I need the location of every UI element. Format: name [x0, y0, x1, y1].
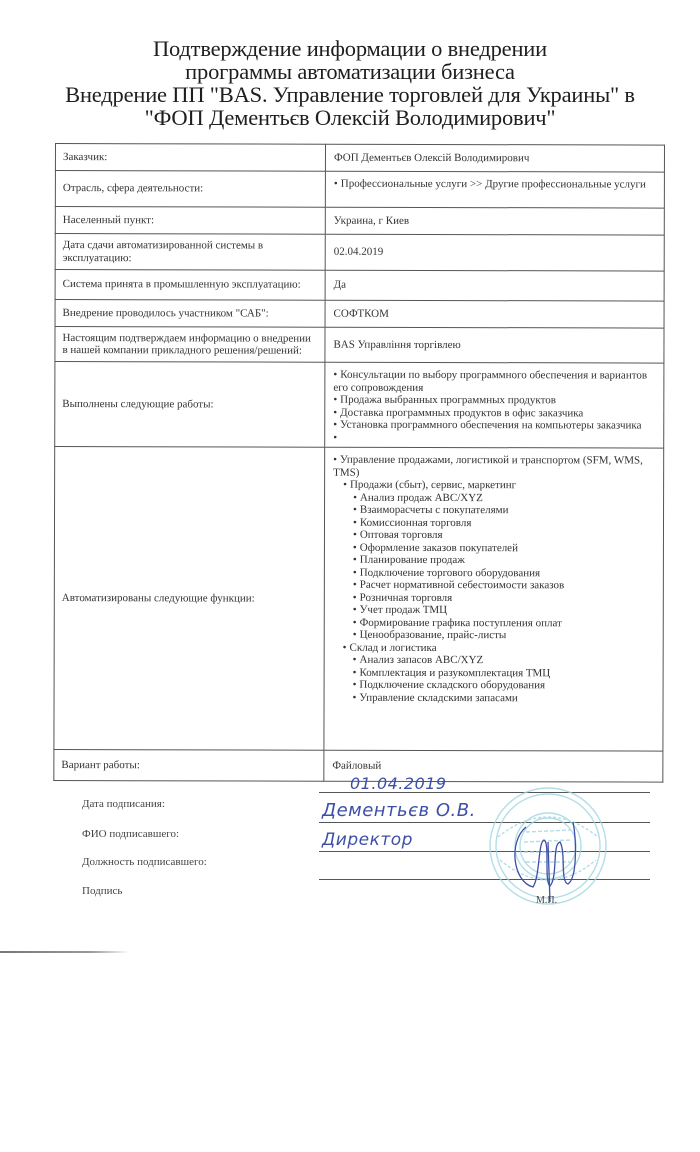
list-item: •Подключение торгового оборудования: [333, 566, 657, 579]
list-item-text: Управление продажами, логистикой и транс…: [333, 454, 643, 479]
signer-position-label: Должность подписавшего:: [82, 856, 207, 868]
table-row-variant: Вариант работы: Файловый: [54, 749, 663, 782]
signer-position-line: [319, 851, 650, 852]
row-label: Населенный пункт:: [55, 207, 325, 235]
signer-name-line: [319, 822, 650, 823]
title-line: программы автоматизации бизнеса: [0, 60, 700, 83]
list-item-text: Ценообразование, прайс-листы: [360, 629, 507, 641]
signer-name-label: ФИО подписавшего:: [82, 828, 179, 840]
bullet-icon: •: [353, 491, 357, 503]
bullet-icon: •: [333, 369, 337, 381]
works-list-cell: •Консультации по выбору программного обе…: [325, 362, 664, 448]
customer-value: ФОП Дементьєв Олексій Володимирович: [325, 144, 664, 172]
solution-value: BAS Управління торгівлею: [325, 327, 664, 363]
table-row-works: Выполнены следующие работы: •Консультаци…: [55, 362, 664, 449]
list-item-text: Подключение торгового оборудования: [360, 566, 540, 578]
production-value: Да: [325, 270, 664, 301]
bullet-icon: •: [353, 504, 357, 516]
list-item: •Планирование продаж: [333, 554, 657, 567]
list-item: •Оформление заказов покупателей: [333, 541, 657, 554]
scan-artifact-line: [0, 951, 130, 953]
bullet-icon: •: [334, 178, 338, 190]
title-line: "ФОП Дементьєв Олексій Володимирович": [0, 106, 700, 129]
row-label: Заказчик:: [55, 144, 325, 172]
list-item-text: Оптовая торговля: [360, 529, 443, 541]
industry-text: Профессиональные услуги >> Другие профес…: [341, 178, 646, 191]
bullet-icon: •: [343, 479, 347, 491]
list-item: •Установка программного обеспечения на к…: [333, 419, 657, 432]
list-item: •Подключение складского оборудования: [333, 679, 657, 692]
row-label: Отрасль, сфера деятельности:: [55, 171, 325, 208]
list-item: •Комплектация и разукомплектация ТМЦ: [333, 666, 657, 679]
signature-label: Подпись: [82, 885, 122, 897]
row-label: Внедрение проводилось участником "САБ":: [55, 300, 325, 328]
row-label: Система принята в промышленную эксплуата…: [55, 270, 325, 301]
list-item-text: Склад и логистика: [350, 641, 437, 653]
bullet-icon: •: [343, 641, 347, 653]
list-item-text: Комиссионная торговля: [360, 516, 472, 528]
title-line: Подтверждение информации о внедрении: [0, 37, 700, 60]
bullet-icon: •: [353, 591, 357, 603]
list-item-text: Консультации по выбору программного обес…: [333, 369, 647, 394]
list-item: •Анализ запасов ABC/XYZ: [333, 654, 657, 667]
city-value: Украина, г Киев: [325, 207, 664, 235]
functions-list-cell: •Управление продажами, логистикой и тран…: [324, 447, 664, 751]
bullet-icon: •: [353, 541, 357, 553]
table-row-industry: Отрасль, сфера деятельности: •Профессион…: [55, 171, 664, 209]
list-item: •Комиссионная торговля: [333, 516, 657, 529]
list-item-text: Учет продаж ТМЦ: [360, 604, 447, 616]
list-item: •Розничная торговля: [333, 591, 657, 604]
row-label: Автоматизированы следующие функции:: [54, 447, 325, 751]
list-item: •Анализ продаж ABC/XYZ: [333, 491, 657, 504]
bullet-icon: •: [353, 516, 357, 528]
list-item-text: Управление складскими запасами: [359, 691, 517, 703]
signer-position-handwritten: Директор: [322, 830, 413, 850]
list-item: •Продажи (сбыт), сервис, маркетинг: [333, 479, 657, 492]
list-item-text: Комплектация и разукомплектация ТМЦ: [359, 666, 550, 678]
list-item-text: Взаиморасчеты с покупателями: [360, 504, 509, 516]
stamp-place-label: М.П.: [536, 895, 557, 906]
list-item-text: Формирование графика поступления оплат: [360, 616, 562, 629]
list-item: •Управление складскими запасами: [333, 691, 657, 704]
list-item-text: Установка программного обеспечения на ко…: [340, 419, 641, 432]
title-line: Внедрение ПП "BAS. Управление торговлей …: [0, 83, 700, 106]
list-item: •Расчет нормативной себестоимости заказо…: [333, 579, 657, 592]
list-item-text: Продажа выбранных программных продуктов: [340, 394, 556, 407]
signer-name-handwritten: Дементьєв О.В.: [322, 800, 476, 821]
table-row-production: Система принята в промышленную эксплуата…: [55, 270, 664, 302]
list-item-text: Оформление заказов покупателей: [360, 541, 518, 553]
bullet-icon: •: [333, 454, 337, 466]
list-item-text: Расчет нормативной себестоимости заказов: [360, 579, 565, 592]
bullet-icon: •: [353, 654, 357, 666]
company-stamp-icon: [478, 782, 618, 912]
bullet-icon: •: [353, 566, 357, 578]
list-item-text: Продажи (сбыт), сервис, маркетинг: [350, 479, 516, 491]
list-item-text: Доставка программных продуктов в офис за…: [340, 406, 583, 419]
list-item: •Учет продаж ТМЦ: [333, 604, 657, 617]
list-item: •Продажа выбранных программных продуктов: [333, 394, 657, 407]
document-title: Подтверждение информации о внедрении про…: [0, 37, 700, 129]
bullet-icon: •: [333, 394, 337, 406]
table-row-solution: Настоящим подтверждаем информацию о внед…: [55, 327, 664, 364]
table-row-delivery-date: Дата сдачи автоматизированной системы в …: [55, 234, 664, 272]
signing-date-line: [319, 792, 650, 793]
list-item-text: Подключение складского оборудования: [359, 679, 545, 691]
bullet-icon: •: [333, 431, 337, 443]
list-item: •Склад и логистика: [333, 641, 657, 654]
list-item-text: Розничная торговля: [360, 591, 453, 603]
row-label: Дата сдачи автоматизированной системы в …: [55, 234, 325, 271]
delivery-date-value: 02.04.2019: [325, 234, 664, 271]
bullet-icon: •: [353, 579, 357, 591]
row-label: Выполнены следующие работы:: [55, 362, 325, 448]
implementer-value: СОФТКОМ: [325, 300, 664, 328]
bullet-icon: •: [333, 419, 337, 431]
list-item: •Управление продажами, логистикой и тран…: [333, 454, 657, 480]
list-item: •Ценообразование, прайс-листы: [333, 629, 657, 642]
table-row-implementer: Внедрение проводилось участником "САБ": …: [55, 300, 664, 329]
bullet-icon: •: [353, 554, 357, 566]
implementation-info-table: Заказчик: ФОП Дементьєв Олексій Володими…: [53, 143, 665, 783]
list-item: •Формирование графика поступления оплат: [333, 616, 657, 629]
list-item: •Оптовая торговля: [333, 529, 657, 542]
list-item: •Доставка программных продуктов в офис з…: [333, 406, 657, 419]
list-item-text: Планирование продаж: [360, 554, 465, 566]
bullet-icon: •: [353, 616, 357, 628]
industry-value: •Профессиональные услуги >> Другие профе…: [325, 171, 664, 208]
functions-list: •Управление продажами, логистикой и тран…: [333, 454, 658, 705]
table-row-customer: Заказчик: ФОП Дементьєв Олексій Володими…: [55, 144, 664, 173]
list-item: •Консультации по выбору программного обе…: [333, 369, 657, 395]
list-item: •: [333, 431, 657, 444]
bullet-icon: •: [353, 666, 357, 678]
bullet-icon: •: [353, 529, 357, 541]
bullet-icon: •: [353, 691, 357, 703]
row-label: Настоящим подтверждаем информацию о внед…: [55, 327, 325, 363]
row-label: Вариант работы:: [54, 749, 324, 781]
table-row-city: Населенный пункт: Украина, г Киев: [55, 207, 664, 236]
signature-line: [319, 879, 650, 880]
list-item-text: Анализ продаж ABC/XYZ: [360, 491, 483, 503]
bullet-icon: •: [353, 629, 357, 641]
list-item-text: Анализ запасов ABC/XYZ: [359, 654, 483, 666]
bullet-icon: •: [353, 604, 357, 616]
variant-value: Файловый: [324, 750, 663, 782]
bullet-icon: •: [353, 679, 357, 691]
signing-date-label: Дата подписания:: [82, 798, 165, 810]
bullet-icon: •: [333, 406, 337, 418]
works-list: •Консультации по выбору программного обе…: [333, 369, 657, 445]
table-row-functions: Автоматизированы следующие функции: •Упр…: [54, 447, 664, 752]
list-item: •Взаиморасчеты с покупателями: [333, 504, 657, 517]
